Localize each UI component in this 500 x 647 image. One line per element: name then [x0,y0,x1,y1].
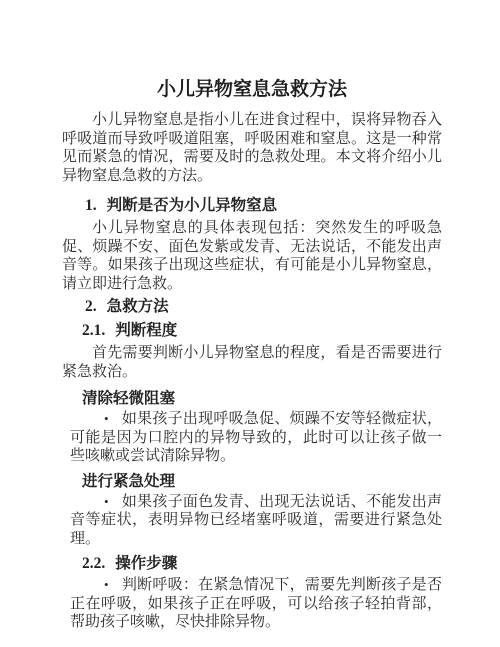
section-1-heading: 1.判断是否为小儿异物窒息 [85,196,442,216]
document-page: 小儿异物窒息急救方法 小儿异物窒息是指小儿在进食过程中，误将异物吞入呼吸道而导致… [0,0,500,647]
section-2-heading: 2.急救方法 [85,297,442,317]
section-2-heading-text: 急救方法 [107,298,169,315]
intro-paragraph: 小儿异物窒息是指小儿在进食过程中，误将异物吞入呼吸道而导致呼吸道阻塞，呼吸困难和… [62,111,442,185]
section-2-2-heading-text: 操作步骤 [115,555,177,572]
emergency-treatment-text: 如果孩子面色发青、出现无法说话、不能发出声音等症状，表明异物已经堵塞呼吸道，需要… [70,494,442,547]
clear-mild-blockage-text: 如果孩子出现呼吸急促、烦躁不安等轻微症状，可能是因为口腔内的异物导致的，此时可以… [70,411,442,464]
section-2-1-heading-text: 判断程度 [115,322,177,339]
check-breathing-text: 判断呼吸：在紧急情况下，需要先判断孩子是否正在呼吸，如果孩子正在呼吸，可以给孩子… [70,577,442,630]
clear-mild-blockage-heading: 清除轻微阻塞 [82,389,442,408]
section-2-number: 2. [85,298,97,315]
check-breathing-bullet-item: •判断呼吸：在紧急情况下，需要先判断孩子是否正在呼吸，如果孩子正在呼吸，可以给孩… [62,576,442,632]
emergency-treatment-heading: 进行紧急处理 [82,472,442,491]
section-2-1-heading: 2.1.判断程度 [82,321,442,341]
section-2-1-paragraph: 首先需要判断小儿异物窒息的程度，看是否需要进行紧急救治。 [62,344,442,381]
section-1-paragraph: 小儿异物窒息的具体表现包括：突然发生的呼吸急促、烦躁不安、面色发紫或发青、无法说… [62,219,442,293]
bullet-icon: • [104,494,109,509]
section-2-2-number: 2.2. [82,555,105,572]
bullet-icon: • [104,577,109,592]
section-2-2-heading: 2.2.操作步骤 [82,554,442,574]
bullet-icon: • [104,411,109,426]
emergency-treatment-bullet-item: •如果孩子面色发青、出现无法说话、不能发出声音等症状，表明异物已经堵塞呼吸道，需… [62,493,442,549]
section-1-number: 1. [85,197,97,214]
clear-mild-blockage-bullet-item: •如果孩子出现呼吸急促、烦躁不安等轻微症状，可能是因为口腔内的异物导致的，此时可… [62,410,442,466]
section-1-heading-text: 判断是否为小儿异物窒息 [107,197,278,214]
page-title: 小儿异物窒息急救方法 [62,77,442,102]
section-2-1-number: 2.1. [82,322,105,339]
